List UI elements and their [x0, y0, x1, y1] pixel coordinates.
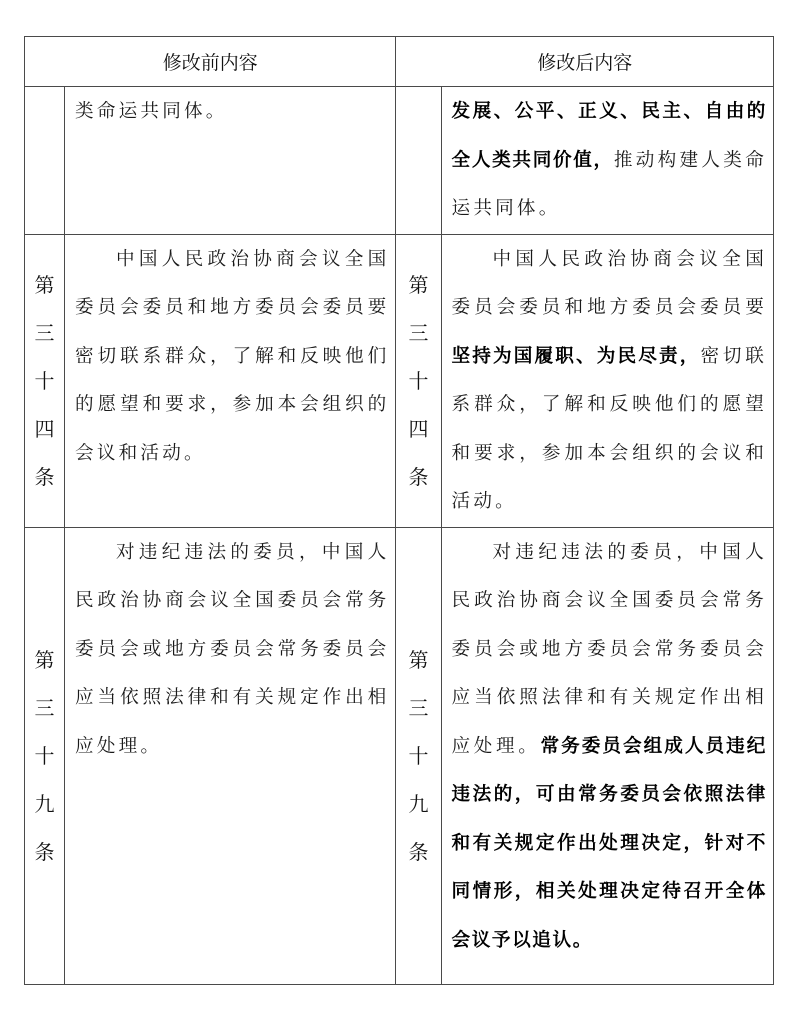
article-label-after — [396, 87, 441, 235]
after-text: 中国人民政治协商会议全国委员会委员和地方委员会委员要 — [452, 249, 767, 319]
table-row: 第 三 十 九 条 对违纪违法的委员，中国人民政治协商会议全国委员会常务委员会或… — [25, 527, 774, 984]
before-text: 中国人民政治协商会议全国委员会委员和地方委员会委员要密切联系群众，了解和反映他们… — [75, 249, 389, 464]
table-row: 类命运共同体。 发展、公平、正义、民主、自由的全人类共同价值，推动构建人类命运共… — [25, 87, 774, 235]
header-after: 修改后内容 — [396, 37, 774, 87]
after-text: 密切联系群众，了解和反映他们的愿望和要求，参加本会组织的会议和活动。 — [452, 346, 767, 513]
after-content: 对违纪违法的委员，中国人民政治协商会议全国委员会常务委员会或地方委员会常务委员会… — [441, 527, 773, 984]
after-content: 发展、公平、正义、民主、自由的全人类共同价值，推动构建人类命运共同体。 — [441, 87, 773, 235]
before-text: 对违纪违法的委员，中国人民政治协商会议全国委员会常务委员会或地方委员会常务委员会… — [75, 542, 389, 757]
article-label-before: 第 三 十 九 条 — [25, 527, 65, 984]
amendment-comparison-table: 修改前内容 修改后内容 类命运共同体。 发展、公平、正义、民主、自由的全人类共同… — [24, 36, 774, 985]
before-content: 类命运共同体。 — [65, 87, 396, 235]
after-content: 中国人民政治协商会议全国委员会委员和地方委员会委员要坚持为国履职、为民尽责，密切… — [441, 234, 773, 527]
header-before: 修改前内容 — [25, 37, 396, 87]
before-content: 中国人民政治协商会议全国委员会委员和地方委员会委员要密切联系群众，了解和反映他们… — [65, 234, 396, 527]
article-label-before: 第 三 十 四 条 — [25, 234, 65, 527]
table-header-row: 修改前内容 修改后内容 — [25, 37, 774, 87]
article-label-after: 第 三 十 四 条 — [396, 234, 441, 527]
after-added-text: 坚持为国履职、为民尽责， — [452, 346, 701, 367]
after-text: 对违纪违法的委员，中国人民政治协商会议全国委员会常务委员会或地方委员会常务委员会… — [452, 542, 767, 757]
article-label-before — [25, 87, 65, 235]
after-added-text: 常务委员会组成人员违纪违法的，可由常务委员会依照法律和有关规定作出处理决定，针对… — [452, 736, 767, 951]
before-text: 类命运共同体。 — [75, 101, 228, 122]
before-content: 对违纪违法的委员，中国人民政治协商会议全国委员会常务委员会或地方委员会常务委员会… — [65, 527, 396, 984]
table-row: 第 三 十 四 条 中国人民政治协商会议全国委员会委员和地方委员会委员要密切联系… — [25, 234, 774, 527]
article-label-after: 第 三 十 九 条 — [396, 527, 441, 984]
